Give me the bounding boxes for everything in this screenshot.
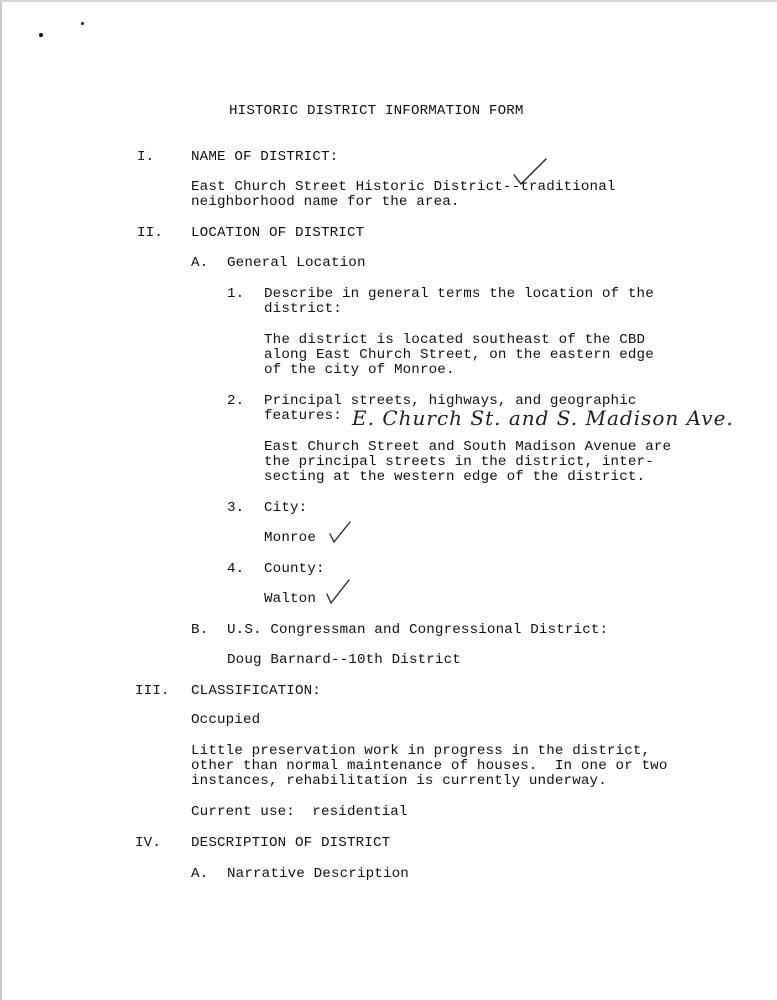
subsection-letter: B. (191, 622, 208, 638)
county-value: Walton (264, 591, 316, 607)
subsection-letter: A. (191, 255, 208, 271)
subsection-heading: U.S. Congressman and Congressional Distr… (227, 622, 608, 638)
item-answer: East Church Street and South Madison Ave… (264, 439, 671, 455)
subsection-heading: General Location (227, 255, 366, 271)
item-number: 2. (227, 393, 244, 409)
item-question: Describe in general terms the location o… (264, 286, 654, 302)
classification-text: Little preservation work in progress in … (191, 743, 650, 759)
item-answer: along East Church Street, on the eastern… (264, 347, 654, 363)
subsection-heading: Narrative Description (227, 866, 409, 882)
section-numeral: I. (137, 149, 154, 165)
item-number: 1. (227, 286, 244, 302)
scan-speck (81, 22, 84, 25)
item-question: County: (264, 561, 325, 577)
item-answer: the principal streets in the district, i… (264, 454, 654, 470)
scan-speck (39, 33, 43, 37)
handwritten-annotation: E. Church St. and S. Madison Ave. (352, 406, 734, 430)
section-heading: NAME OF DISTRICT: (191, 149, 338, 165)
section-numeral: II. (137, 225, 163, 241)
section-numeral: IV. (135, 835, 161, 851)
item-answer: secting at the western edge of the distr… (264, 469, 645, 485)
item-question: features: (264, 408, 342, 424)
section-numeral: III. (135, 683, 170, 699)
checkmark-icon (512, 157, 548, 187)
classification-status: Occupied (191, 712, 260, 728)
item-question: City: (264, 500, 307, 516)
current-use: Current use: residential (191, 804, 408, 820)
checkmark-icon (325, 578, 351, 606)
item-answer: of the city of Monroe. (264, 362, 455, 378)
form-title: HISTORIC DISTRICT INFORMATION FORM (229, 103, 524, 119)
section-heading: DESCRIPTION OF DISTRICT (191, 835, 390, 851)
district-name-line: East Church Street Historic District--tr… (191, 179, 616, 195)
city-value: Monroe (264, 530, 316, 546)
district-name-line: neighborhood name for the area. (191, 194, 460, 210)
item-question: district: (264, 301, 342, 317)
checkmark-icon (328, 520, 352, 544)
subsection-letter: A. (191, 866, 208, 882)
section-heading: LOCATION OF DISTRICT (191, 225, 364, 241)
document-page: HISTORIC DISTRICT INFORMATION FORM I. NA… (0, 0, 777, 1000)
classification-text: instances, rehabilitation is currently u… (191, 773, 607, 789)
item-answer: The district is located southeast of the… (264, 332, 645, 348)
congressman-value: Doug Barnard--10th District (227, 652, 461, 668)
item-number: 4. (227, 561, 244, 577)
item-number: 3. (227, 500, 244, 516)
classification-text: other than normal maintenance of houses.… (191, 758, 668, 774)
section-heading: CLASSIFICATION: (191, 683, 321, 699)
